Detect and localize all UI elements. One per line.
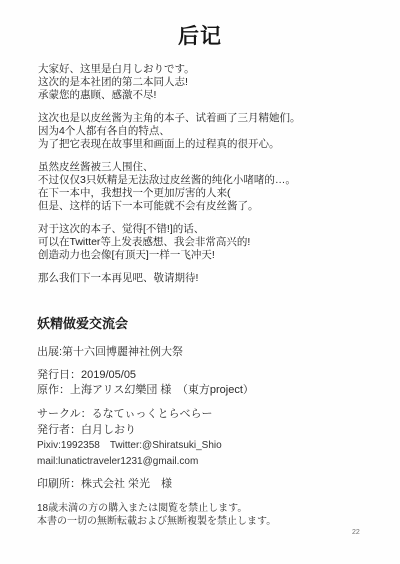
afterword-line: 承蒙您的惠顾、感激不尽! xyxy=(38,89,378,102)
mail-line: mail:lunatictraveler1231@gmail.com xyxy=(37,454,222,470)
circle-line: サークル：るなてぃっくとらべらー xyxy=(37,407,222,423)
afterword-line: 但是、这样的话下一本可能就不会有皮丝酱了。 xyxy=(38,200,378,213)
afterword-paragraph: 那么我们下一本再见吧、敬请期待! xyxy=(38,272,378,285)
afterword-line: 虽然皮丝酱被三人围住、 xyxy=(38,161,378,174)
afterword-line: 这次也是以皮丝酱为主角的本子、试着画了三月精她们。 xyxy=(38,112,378,125)
disclaimer-line-copyright: 本書の一切の無断転載および無断複製を禁止します。 xyxy=(37,515,276,528)
social-accounts-line: Pixiv:1992358 Twitter:@Shiratsuki_Shio xyxy=(37,438,222,454)
afterword-page: 后记 大家好、这里是白月しおりです。 这次的是本社团的第二本同人志! 承蒙您的惠… xyxy=(0,0,400,564)
publication-info: 発行日：2019/05/05 原作：上海アリス幻樂団 様 （東方project） xyxy=(37,368,254,398)
afterword-paragraph: 这次也是以皮丝酱为主角的本子、试着画了三月精她们。 因为4个人都有各自的特点、 … xyxy=(38,112,378,151)
circle-info: サークル：るなてぃっくとらべらー 発行者：白月しおり Pixiv:1992358… xyxy=(37,407,222,469)
afterword-paragraph: 虽然皮丝酱被三人围住、 不过仅仅3只妖精是无法敌过皮丝酱的纯化小啫啫的…。 在下… xyxy=(38,161,378,213)
afterword-line: 创造动力也会像[有顶天]一样一飞冲天! xyxy=(38,249,378,262)
page-title: 后记 xyxy=(0,20,400,50)
afterword-line: 不过仅仅3只妖精是无法敌过皮丝酱的纯化小啫啫的…。 xyxy=(38,174,378,187)
afterword-line: 为了把它表现在故事里和画面上的过程真的很开心。 xyxy=(38,138,378,151)
disclaimer: 18歳未満の方の購入または閲覧を禁止します。 本書の一切の無断転載および無断複製… xyxy=(37,502,276,528)
publisher-line: 発行者：白月しおり xyxy=(37,423,222,439)
publish-date-line: 発行日：2019/05/05 xyxy=(37,368,254,383)
afterword-line: 对于这次的本子、觉得[不错!]的话、 xyxy=(38,223,378,236)
afterword-text: 大家好、这里是白月しおりです。 这次的是本社团的第二本同人志! 承蒙您的惠顾、感… xyxy=(38,63,378,295)
page-number: 22 xyxy=(352,529,360,536)
book-title: 妖精做爱交流会 xyxy=(37,313,128,332)
event-line: 出展:第十六回博麗神社例大祭 xyxy=(37,343,183,359)
afterword-line: 在下一本中，我想找一个更加厉害的人来( xyxy=(38,187,378,200)
afterword-line: 那么我们下一本再见吧、敬请期待! xyxy=(38,272,378,285)
original-work-line: 原作：上海アリス幻樂団 様 （東方project） xyxy=(37,383,254,398)
afterword-paragraph: 对于这次的本子、觉得[不错!]的话、 可以在Twitter等上发表感想、我会非常… xyxy=(38,223,378,262)
afterword-line: 因为4个人都有各自的特点、 xyxy=(38,125,378,138)
disclaimer-line-age: 18歳未満の方の購入または閲覧を禁止します。 xyxy=(37,502,276,515)
afterword-line: 这次的是本社团的第二本同人志! xyxy=(38,76,378,89)
printer-line: 印刷所：株式会社 栄光 様 xyxy=(37,475,172,491)
printer-info: 印刷所：株式会社 栄光 様 xyxy=(37,475,172,491)
afterword-paragraph: 大家好、这里是白月しおりです。 这次的是本社团的第二本同人志! 承蒙您的惠顾、感… xyxy=(38,63,378,102)
afterword-line: 可以在Twitter等上发表感想、我会非常高兴的! xyxy=(38,236,378,249)
afterword-line: 大家好、这里是白月しおりです。 xyxy=(38,63,378,76)
